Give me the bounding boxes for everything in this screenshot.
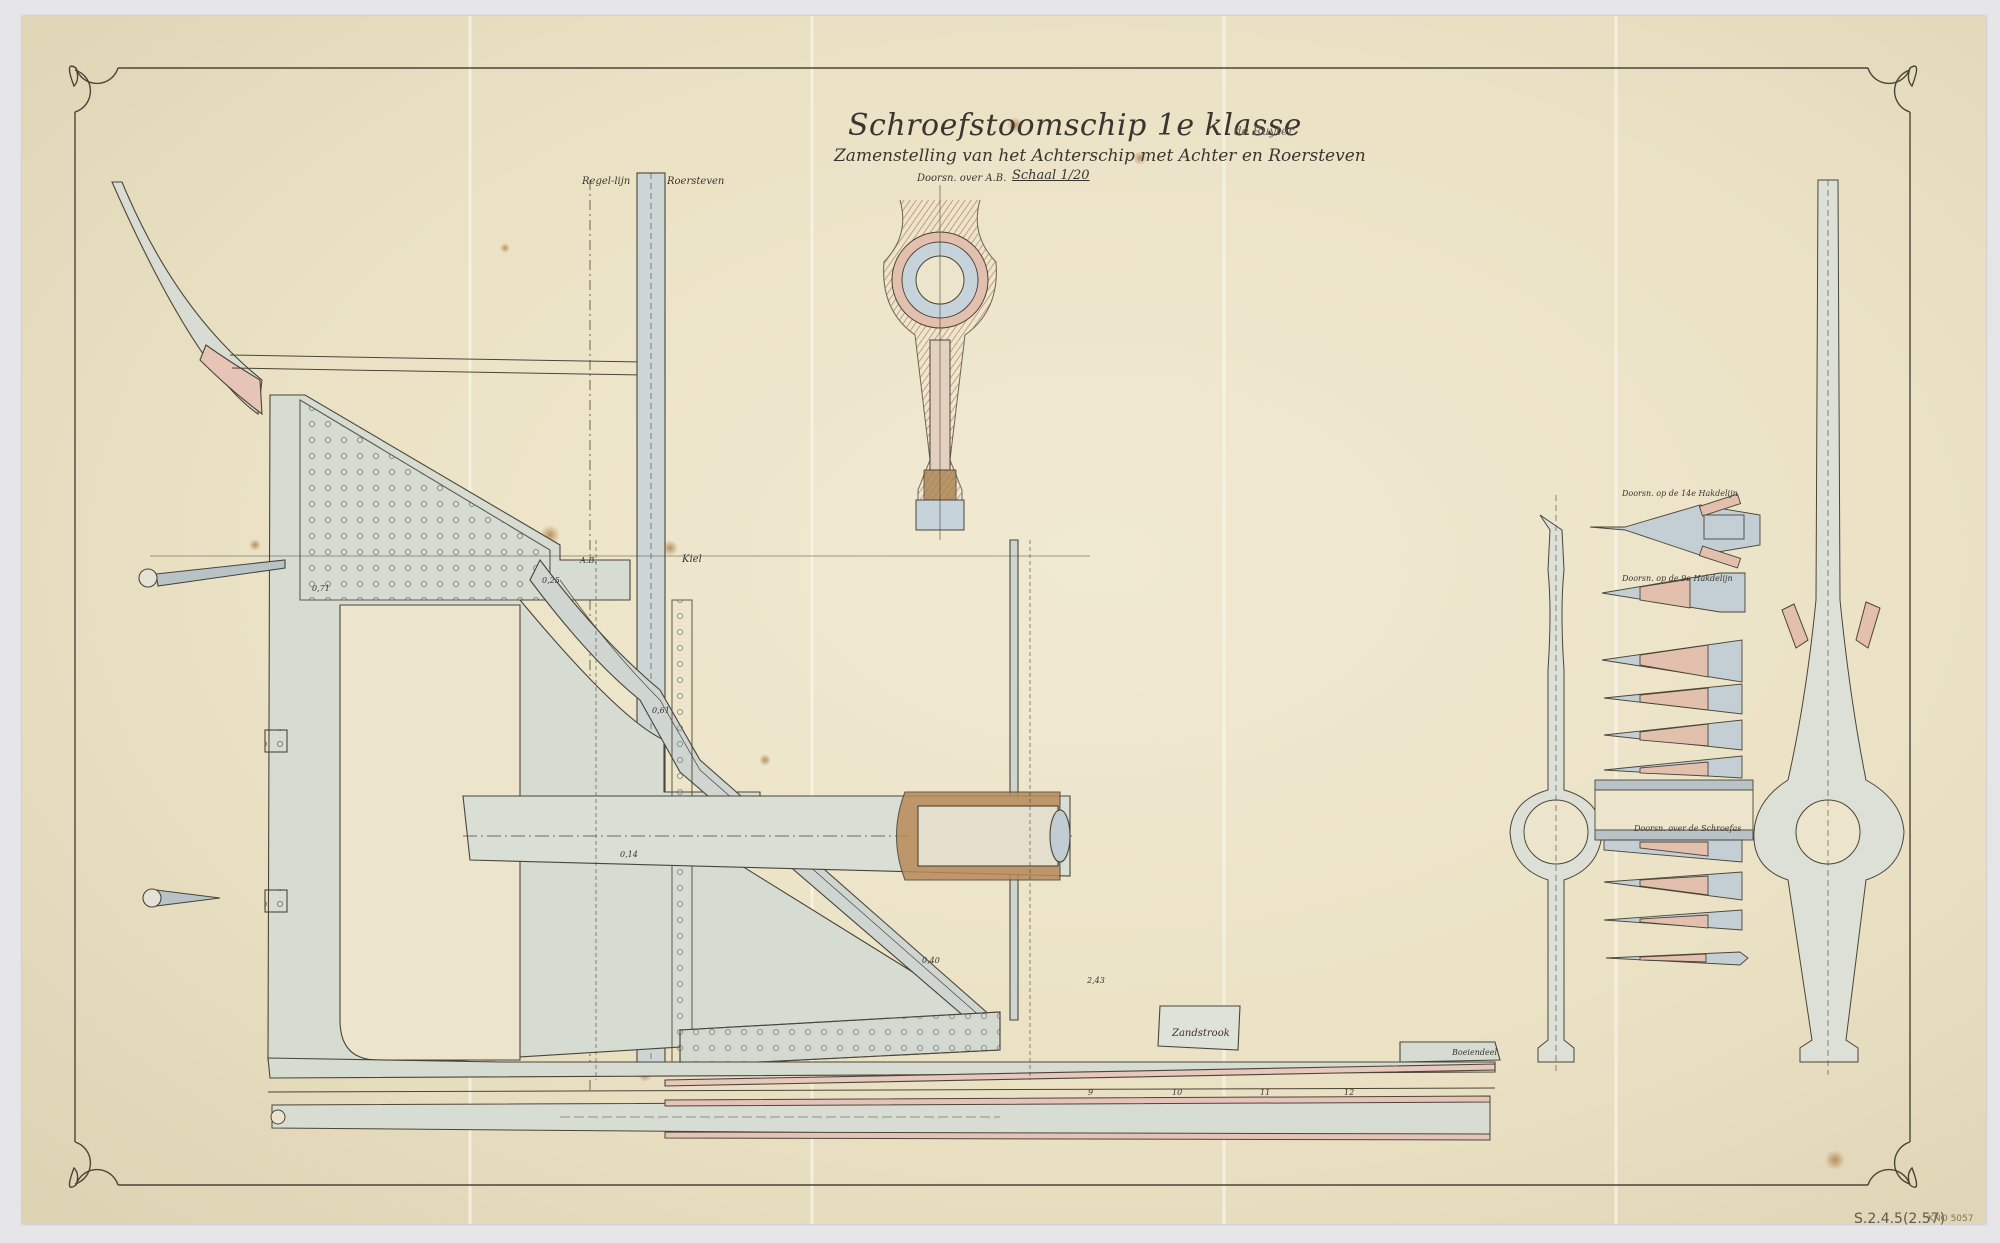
technical-drawing <box>22 16 1986 1224</box>
drawing-scale: Schaal 1/20 <box>1012 168 1090 183</box>
section-shaft-label: Doorsn. over de Schroefas <box>1634 824 1741 833</box>
keel-plan-view <box>271 1096 1490 1140</box>
ab-mark: A.B. <box>580 556 597 565</box>
roersteven-label: Roersteven <box>667 176 724 187</box>
dim-label: 0,14 <box>620 850 638 859</box>
rudder-side-profile-left <box>1510 495 1602 1075</box>
dim-label: 0,71 <box>312 584 330 593</box>
dim-label: 0,61 <box>652 706 670 715</box>
sandstrook-label: Zandstrook <box>1172 1028 1230 1039</box>
frame-mark: 12 <box>1344 1088 1354 1097</box>
stern-elevation <box>112 173 1500 1092</box>
frame-mark: 11 <box>1260 1088 1270 1097</box>
section-14-label: Doorsn. op de 14e Hakdelijn <box>1622 489 1738 498</box>
catalog-note: KNO 5057 <box>1928 1214 1973 1224</box>
title-note: de Ruyter <box>1234 124 1294 138</box>
drawing-sheet: Schroefstoomschip 1e klasse de Ruyter Za… <box>22 16 1986 1224</box>
section-9-label: Doorsn. op de 9e Hakdelijn <box>1622 574 1733 583</box>
rudder-side-profile-right <box>1754 180 1904 1075</box>
dim-label: 0,25 <box>542 576 560 585</box>
frame-mark: 9 <box>1088 1088 1093 1097</box>
drawing-subtitle: Zamenstelling van het Achterschip met Ac… <box>834 146 1366 166</box>
frame-mark: 10 <box>1172 1088 1182 1097</box>
section-ab-drawing <box>884 185 997 540</box>
keel-line-label: Kiel <box>682 554 702 565</box>
dim-label: 2,43 <box>1087 976 1105 985</box>
regel-lijn-label: Regel-lijn <box>582 176 630 187</box>
section-ab-label: Doorsn. over A.B. <box>917 173 1006 184</box>
boeiendeel-label: Boeiendeel <box>1452 1048 1497 1057</box>
dim-label: 0,40 <box>922 956 940 965</box>
